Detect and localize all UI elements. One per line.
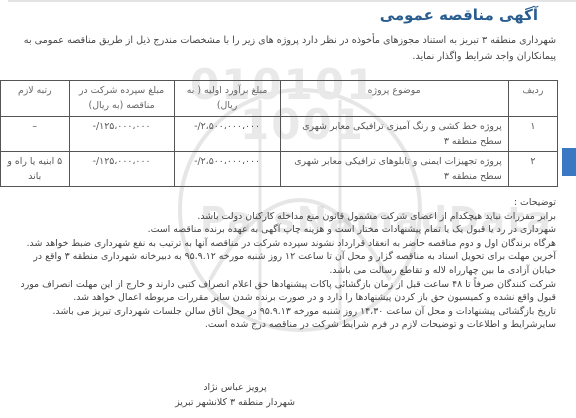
projects-table: ردیف موضوع پروژه مبلغ برآورد اولیه ( به … [0,80,558,187]
intro-paragraph: شهرداری منطقه ۳ تبریز به استناد مجوزهای … [16,33,556,65]
table-row: ۱ پروژه خط کشی و رنگ آمیزی ترافیکی معابر… [1,117,558,152]
cell-deposit: ۱۲۵،۰۰۰،۰۰۰/- [69,152,174,187]
note-line: تاریخ بازگشائی پیشنهادات و محل آن ساعت ۱… [8,305,556,319]
table-header-row: ردیف موضوع پروژه مبلغ برآورد اولیه ( به … [1,81,558,117]
note-line: سایرشرایط و اطلاعات و توضیحات لازم در فر… [8,318,556,332]
cell-estimate: ۲،۵۰۰،۰۰۰،۰۰۰/- [174,152,280,187]
notes-section: توضیحات : برابر مقررات نباید هیچکدام از … [8,196,556,332]
header-deposit: مبلغ سپرده شرکت در مناقصه (به ریال) [69,81,174,117]
header-rank: رتبه لازم [1,81,70,117]
cell-index: ۲ [508,152,557,187]
notes-heading: توضیحات : [8,196,556,210]
top-divider [8,0,576,2]
note-line: آخرین مهلت برای تحویل اسناد به مناقصه گز… [8,250,556,277]
blue-side-marker [562,148,576,176]
table-row: ۲ پروژه تجهیزات ایمنی و تابلوهای ترافیکی… [1,152,558,187]
note-line: شهرداری در رد یا قبول یک یا تمام پیشنهاد… [8,223,556,237]
note-line: هرگاه برندگان اول و دوم مناقصه حاضر به ا… [8,237,556,251]
note-line: شرکت کنندگان صرفاً تا ۴۸ ساعت قبل از زما… [8,278,556,305]
cell-subject: پروژه تجهیزات ایمنی و تابلوهای ترافیکی م… [280,152,508,187]
signatory-role: شهردار منطقه ۳ کلانشهر تبریز [150,395,320,410]
cell-index: ۱ [508,117,557,152]
signature-block: پرویز عباس نژاد شهردار منطقه ۳ کلانشهر ت… [150,380,320,410]
cell-subject: پروژه خط کشی و رنگ آمیزی ترافیکی معابر ش… [280,117,508,152]
signatory-name: پرویز عباس نژاد [150,380,320,395]
cell-rank: ۵ ابنیه یا راه و باند [1,152,70,187]
cell-rank: – [1,117,70,152]
cell-deposit: ۱۲۵،۰۰۰،۰۰۰/- [69,117,174,152]
header-index: ردیف [508,81,557,117]
page-title: آگهی مناقصه عمومی [380,6,538,24]
header-subject: موضوع پروژه [280,81,508,117]
header-estimate: مبلغ برآورد اولیه ( به ریال) [174,81,280,117]
cell-estimate: ۲،۵۰۰،۰۰۰،۰۰۰/- [174,117,280,152]
note-line: برابر مقررات نباید هیچکدام از اعضای شرکت… [8,210,556,224]
